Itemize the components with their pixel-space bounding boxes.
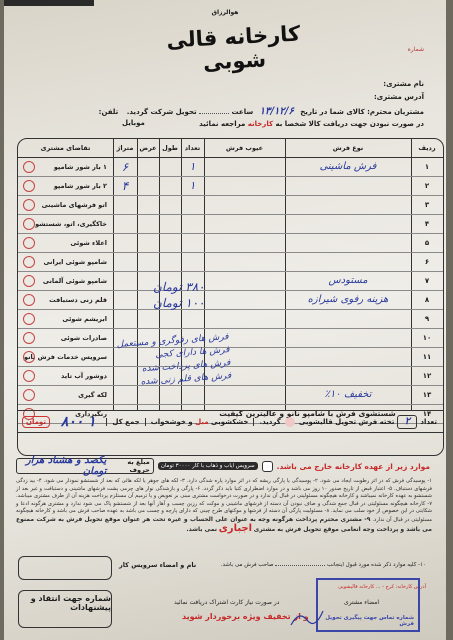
row-number: ۳	[411, 195, 443, 214]
width-cell	[137, 157, 159, 176]
service-sign-label: نام و امضاء سرویس کار	[119, 561, 196, 569]
defects-cell	[204, 195, 285, 214]
service-sign-box[interactable]	[18, 556, 112, 580]
term-10-text: ۱۰- کلیه موارد ذکر شده مورد قبول اینجانب	[327, 562, 426, 568]
request-checkbox[interactable]	[23, 199, 35, 211]
request-label: لکه گیری	[78, 391, 107, 399]
service-checkbox[interactable]	[262, 461, 273, 472]
request-cell: ۲ بار شور شامپو	[18, 176, 113, 195]
term-10: ۱۰- کلیه موارد ذکر شده مورد قبول اینجانب…	[221, 562, 426, 568]
length-cell	[159, 214, 181, 233]
request-label: خاکگیری، اتو، شستشو	[35, 220, 107, 228]
notice2-suffix: مراجعه نمائید	[199, 120, 245, 128]
row-number: ۱۱	[411, 347, 443, 366]
card-note: در صورت نیاز کارت اشتراک دریافت نمائید	[174, 599, 279, 606]
customer-sign-label: امضاء مشتری	[344, 599, 379, 606]
photo-edge	[4, 0, 94, 6]
header-defects: عیوب فرش	[204, 139, 285, 157]
carpet-type-cell: مستودس	[285, 271, 411, 290]
request-checkbox[interactable]	[23, 313, 35, 325]
header-carpet-type: نوع فرش	[285, 139, 411, 157]
header-width: عرض	[137, 139, 159, 157]
length-cell	[159, 195, 181, 214]
request-cell: اتو فرشهای ماشینی	[18, 195, 113, 214]
summary-spacer	[18, 432, 443, 455]
area-cell	[113, 290, 137, 309]
table-row: ۲ بار شور شامپو۴۱۲	[18, 176, 443, 196]
defects-cell	[204, 214, 285, 233]
table-row: خاکگیری، اتو، شستشو۴	[18, 214, 443, 234]
defects-cell	[204, 309, 285, 328]
notice-suffix: تحویل شرکت گردید.	[127, 108, 197, 116]
defects-cell	[204, 233, 285, 252]
signature-scribble	[289, 605, 329, 630]
carpet-type-cell: هزینه رفوی شیرازه	[285, 290, 411, 309]
price-1: ۳۸۰ تومان	[153, 279, 205, 295]
area-cell: ۶	[113, 157, 137, 176]
carpet-type-cell	[285, 328, 411, 347]
width-cell	[137, 195, 159, 214]
sofa-suffix: و خوشخواب	[151, 418, 193, 426]
customer-address-label: آدرس مشتری:	[374, 93, 424, 101]
request-cell: لکه گیری	[18, 385, 113, 404]
total-handwritten: ۱ ۸۰۰	[50, 414, 106, 430]
feedback-box: شماره جهت انتقاد و پیشنهادات	[18, 590, 112, 628]
area-cell	[113, 214, 137, 233]
request-label: سرویس خدمات فرش نانو	[24, 353, 107, 361]
amount-words-label: مبلغ به حروف	[112, 458, 149, 474]
area-cell	[113, 271, 137, 290]
count-cell: ۱	[181, 176, 204, 195]
request-label: شامپو شوئی آلمانی	[43, 277, 107, 285]
term-10-suffix: صاحب فرش می باشد.	[221, 562, 274, 568]
pink-dot	[285, 417, 295, 427]
request-checkbox[interactable]	[23, 256, 35, 268]
terms-text: ۱- پوسیدگی فرش که در اثر رطوبت ایجاد می …	[16, 478, 432, 534]
defects-cell	[204, 385, 285, 404]
area-cell: ۴	[113, 176, 137, 195]
count-cell	[181, 252, 204, 271]
basmala: هوالرزاق	[4, 9, 446, 16]
carpet-type-cell	[285, 233, 411, 252]
carpet-type-cell	[285, 347, 411, 366]
request-checkbox[interactable]	[23, 180, 35, 192]
table-row: ۱ بار شور شامپو۶۱فرش ماشینی۱	[18, 157, 443, 177]
area-cell	[113, 233, 137, 252]
price-2: ۱۰۰ تومان	[153, 295, 205, 311]
feedback-label: شماره جهت انتقاد و پیشنهادات	[19, 594, 111, 612]
defects-cell	[204, 290, 285, 309]
count-cell: ۱	[181, 157, 204, 176]
row-number: ۷	[411, 271, 443, 290]
request-cell: شامپو شوئی ایرانی	[18, 252, 113, 271]
length-cell	[159, 176, 181, 195]
area-cell	[113, 309, 137, 328]
mandatory-highlight: اجباری	[219, 523, 252, 534]
request-checkbox[interactable]	[23, 161, 35, 173]
request-label: دوشور آب تاید	[61, 372, 107, 380]
header-requests: تقاضای مشتری	[18, 139, 113, 157]
carpet-type-cell	[285, 195, 411, 214]
header-count: تعداد	[181, 139, 204, 157]
request-cell: سرویس خدمات فرش نانو	[18, 347, 113, 366]
width-cell	[137, 252, 159, 271]
carpet-type-cell	[285, 252, 411, 271]
handwritten-prices: ۳۸۰ تومان ۱۰۰ تومان	[153, 279, 205, 311]
request-checkbox[interactable]	[23, 237, 35, 249]
request-cell: ۱ بار شور شامپو	[18, 157, 113, 176]
amount-words-value: یکصد و هشتاد هزار تومان	[17, 455, 106, 477]
request-cell: خاکگیری، اتو، شستشو	[18, 214, 113, 233]
header-area: متراژ	[113, 139, 137, 157]
notice-prefix: مشتریان محترم: کالای شما در تاریخ	[300, 108, 424, 116]
sofa-highlight: مبل	[195, 418, 208, 426]
phone-label: تلفن:	[99, 108, 119, 116]
request-cell: ابریشم شوئی	[18, 309, 113, 328]
carpet-type-cell: تخفیف ۱۰٪	[285, 385, 411, 404]
count-label: تعداد	[420, 418, 437, 426]
length-cell	[159, 252, 181, 271]
delivery-suffix: گردید.	[259, 418, 280, 426]
row-number: ۶	[411, 252, 443, 271]
table-row: شامپو شوئی ایرانی۶	[18, 252, 443, 272]
table-row: صادرات شوئی۱۰	[18, 328, 443, 348]
notice-line-2: در صورت نبودن جهت دریافت کالا شخصا به کا…	[199, 120, 424, 128]
row-number: ۱	[411, 157, 443, 176]
request-checkbox[interactable]	[23, 351, 35, 363]
row-number: ۵	[411, 233, 443, 252]
carpet-type-cell: فرش ماشینی	[285, 157, 411, 176]
sofa-cleaning: خشکشوبی مبل و خوشخواب	[151, 418, 255, 426]
time-label: ساعت	[232, 108, 254, 116]
mobile-label: موبایل	[122, 119, 145, 127]
carpet-type-cell	[285, 309, 411, 328]
row-number: ۹	[411, 309, 443, 328]
summary-bar: تعداد ۲ تخته فرش تحویل قالیشویی گردید. خ…	[18, 410, 443, 433]
request-cell: دوشور آب تاید	[18, 366, 113, 385]
carpet-type-cell	[285, 366, 411, 385]
handwritten-date: ۱۳/۱۲/۶	[260, 106, 294, 117]
defects-cell	[204, 176, 285, 195]
handwritten-notes: فرش های رفوگری و مستعمل فرش ها دارای کجی…	[116, 331, 231, 391]
width-cell	[137, 176, 159, 195]
request-checkbox[interactable]	[23, 294, 35, 306]
delivery-text: تخته فرش تحویل قالیشویی	[299, 418, 395, 426]
request-checkbox[interactable]	[23, 332, 35, 344]
area-cell	[113, 252, 137, 271]
row-number: ۸	[411, 290, 443, 309]
sofa-prefix: خشکشوبی	[211, 418, 248, 426]
length-cell	[159, 233, 181, 252]
header-length: طول	[159, 139, 181, 157]
words-row: موارد زیر از عهده کارخانه خارج می باشد. …	[16, 458, 430, 474]
table-row: شامپو شوئی آلمانیمستودس۷	[18, 271, 443, 291]
count-box[interactable]: ۲	[397, 415, 417, 429]
table-row: ابریشم شوئی۹	[18, 309, 443, 329]
count-cell	[181, 233, 204, 252]
receipt-paper: هوالرزاق کارخانه قالی شوبی شماره نام مشت…	[4, 0, 446, 640]
row-number: ۲	[411, 176, 443, 195]
row-number: ۴	[411, 214, 443, 233]
table-row: قلم زنی دستبافتهزینه رفوی شیرازه۸	[18, 290, 443, 310]
term-9-suffix: نمی باشد.	[186, 526, 217, 533]
factory-highlight: کارخانه	[248, 120, 273, 128]
row-number: ۱۰	[411, 328, 443, 347]
request-label: ۲ بار شور شامپو	[54, 182, 107, 190]
count-cell	[181, 214, 204, 233]
defects-cell	[204, 252, 285, 271]
table-header-row: تقاضای مشتری متراژ عرض طول تعداد عیوب فر…	[18, 139, 443, 158]
width-cell	[137, 309, 159, 328]
request-cell: شامپو شوئی آلمانی	[18, 271, 113, 290]
carpet-type-cell	[285, 176, 411, 195]
request-checkbox[interactable]	[23, 275, 35, 287]
table-row: اعلاء شوئی۵	[18, 233, 443, 253]
width-cell	[137, 233, 159, 252]
count-cell	[181, 385, 204, 404]
request-label: قلم زنی دستبافت	[49, 296, 107, 304]
table-row: لکه گیریتخفیف ۱۰٪۱۳	[18, 385, 443, 405]
row-number: ۱۳	[411, 385, 443, 404]
width-cell	[137, 214, 159, 233]
count-cell	[181, 195, 204, 214]
area-cell	[113, 195, 137, 214]
header-row-no: ردیف	[411, 139, 443, 157]
request-label: ابریشم شوئی	[62, 315, 107, 323]
total-label: جمع کل	[106, 418, 145, 426]
length-cell	[159, 157, 181, 176]
request-checkbox[interactable]	[23, 370, 35, 382]
count-cell	[181, 309, 204, 328]
time-blank	[199, 113, 229, 114]
serial-number-label: شماره	[408, 46, 424, 53]
defects-cell	[204, 157, 285, 176]
service-badge: سرویس ایاب و ذهاب با کار ۳۰۰۰۰ تومان	[158, 462, 258, 470]
company-title: کارخانه قالی شوبی	[153, 21, 315, 77]
row-number: ۱۲	[411, 366, 443, 385]
excluded-label: موارد زیر از عهده کارخانه خارج می باشد.	[277, 462, 430, 471]
request-cell: صادرات شوئی	[18, 328, 113, 347]
items-table: تقاضای مشتری متراژ عرض طول تعداد عیوب فر…	[17, 138, 444, 456]
request-label: صادرات شوئی	[61, 334, 107, 342]
request-label: اتو فرشهای ماشینی	[42, 201, 107, 209]
request-checkbox[interactable]	[23, 389, 35, 401]
request-cell: قلم زنی دستبافت	[18, 290, 113, 309]
request-label: ۱ بار شور شامپو	[54, 163, 107, 171]
request-cell: اعلاء شوئی	[18, 233, 113, 252]
request-label: اعلاء شوئی	[70, 239, 107, 247]
carpet-type-cell	[285, 214, 411, 233]
amount-words-field[interactable]: مبلغ به حروف یکصد و هشتاد هزار تومان	[16, 458, 154, 474]
stamp-text: شماره تماس جهت پیگیری تحویل فرش	[318, 615, 414, 627]
customer-name-label: نام مشتری:	[383, 80, 424, 88]
currency-label: تومان	[22, 416, 50, 428]
notice-line-1: مشتریان محترم: کالای شما در تاریخ ۱۳/۱۲/…	[99, 106, 424, 117]
table-row: اتو فرشهای ماشینی۳	[18, 195, 443, 215]
length-cell	[159, 309, 181, 328]
notice2-prefix: در صورت نبودن جهت دریافت کالا شخصا به	[275, 120, 424, 128]
defects-cell	[204, 271, 285, 290]
request-checkbox[interactable]	[23, 218, 35, 230]
request-label: شامپو شوئی ایرانی	[43, 258, 107, 266]
